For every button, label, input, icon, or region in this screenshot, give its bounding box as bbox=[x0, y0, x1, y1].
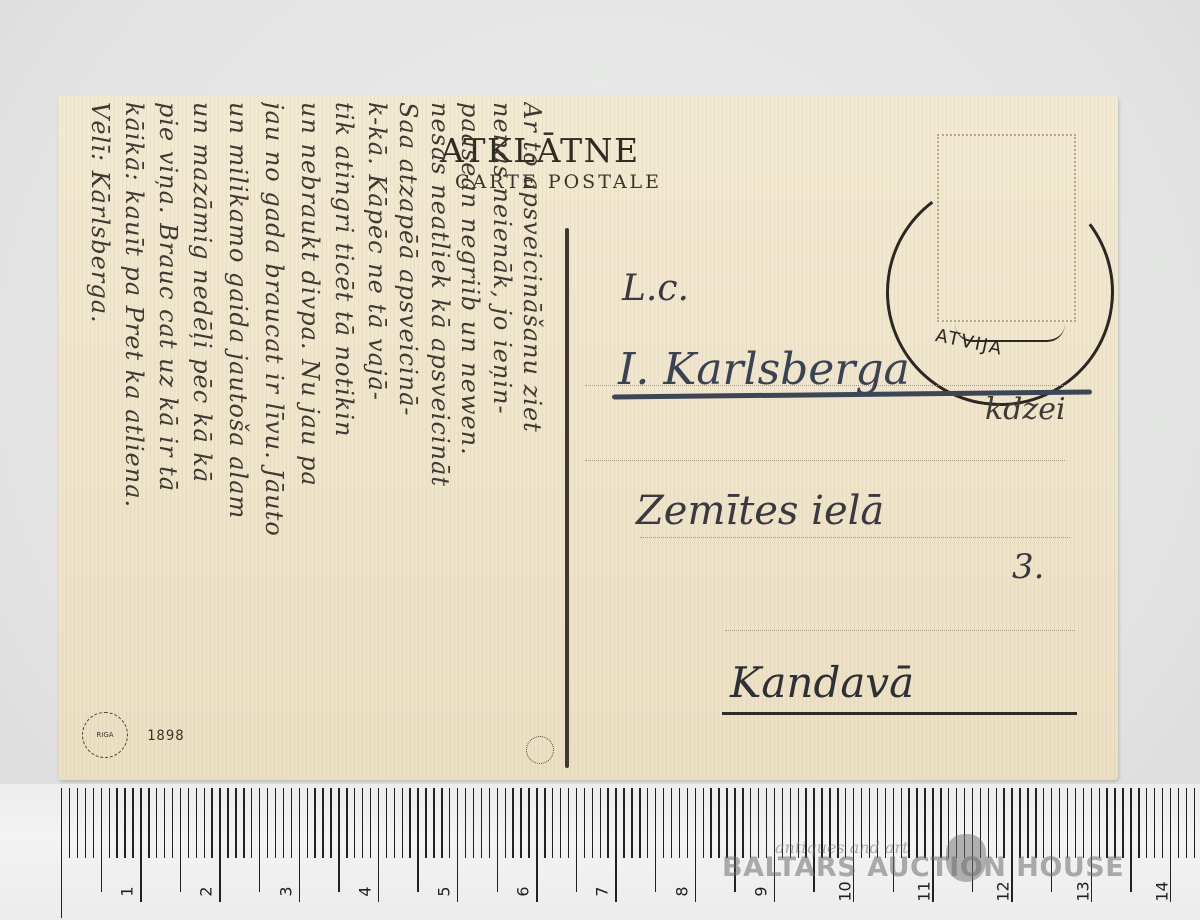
ruler-tick bbox=[1186, 788, 1187, 858]
ruler-tick bbox=[1043, 788, 1044, 858]
ruler-label: 8 bbox=[672, 886, 691, 896]
message-line: kāikā: kauīt pa Pret ka atliena. bbox=[120, 102, 148, 508]
ruler-tick bbox=[251, 788, 252, 858]
ruler-tick bbox=[1154, 788, 1155, 858]
ruler-tick bbox=[148, 788, 149, 858]
message-line: Ar to apsveicināšanu ziet bbox=[518, 102, 546, 433]
ruler-tick bbox=[93, 788, 94, 858]
ruler-tick bbox=[299, 788, 300, 902]
ruler-tick bbox=[710, 788, 711, 858]
ruler-tick bbox=[85, 788, 86, 858]
ruler-tick bbox=[1114, 788, 1115, 858]
message-line: k-kā. Kāpēc ne tā vajā- bbox=[363, 102, 391, 401]
message-line: un milikamo gaida jautoša alam bbox=[224, 102, 252, 519]
message-line: nenas neienāk, jo ieņin- bbox=[488, 102, 516, 415]
ruler-tick bbox=[1138, 788, 1139, 858]
ruler-tick bbox=[354, 788, 355, 858]
ruler-tick bbox=[916, 788, 917, 858]
ruler-tick bbox=[520, 788, 521, 858]
message-address-divider bbox=[565, 228, 569, 768]
ruler-tick bbox=[188, 788, 189, 858]
ruler-label: 6 bbox=[514, 886, 533, 896]
ruler-tick bbox=[679, 788, 680, 858]
ruler-tick bbox=[243, 788, 244, 858]
ruler-tick bbox=[600, 788, 601, 858]
ruler-tick bbox=[655, 788, 656, 892]
ruler-label: 11 bbox=[915, 881, 934, 901]
ruler-tick bbox=[663, 788, 664, 858]
ruler-tick bbox=[433, 788, 434, 858]
ruler-tick bbox=[211, 788, 212, 858]
ruler-tick bbox=[703, 788, 704, 858]
message-line: un mazāmig nedēļi pēc kā kā bbox=[188, 102, 216, 483]
ruler-tick bbox=[457, 788, 458, 902]
ruler-tick bbox=[1059, 788, 1060, 858]
ruler-tick bbox=[1106, 788, 1107, 858]
ruler-tick bbox=[267, 788, 268, 858]
ruler-tick bbox=[449, 788, 450, 858]
address-guide-line bbox=[585, 460, 1065, 461]
ruler-tick bbox=[631, 788, 632, 858]
ruler-tick bbox=[378, 788, 379, 902]
ruler-tick bbox=[671, 788, 672, 858]
ruler-tick bbox=[552, 788, 553, 858]
ruler-tick bbox=[560, 788, 561, 858]
ruler-tick bbox=[742, 788, 743, 858]
printer-mark: RIGA bbox=[82, 712, 128, 758]
address-line-1: L.c. bbox=[622, 268, 689, 309]
ruler-tick bbox=[615, 788, 616, 902]
ruler-tick bbox=[259, 788, 260, 892]
ruler-tick bbox=[988, 788, 989, 858]
ruler-tick bbox=[1075, 788, 1076, 858]
address-town: Kandavā bbox=[730, 658, 914, 707]
ruler-tick bbox=[77, 788, 78, 858]
ruler-tick bbox=[924, 788, 925, 858]
ruler-tick bbox=[1099, 788, 1100, 858]
ruler-tick bbox=[592, 788, 593, 858]
ruler-label: 4 bbox=[355, 886, 374, 896]
message-line: nesas neatliek kā apsveicināt bbox=[426, 102, 454, 487]
handwritten-message: Ar to apsveicināšanu ziet nenas neienāk,… bbox=[66, 102, 556, 762]
ruler-tick bbox=[116, 788, 117, 858]
ruler-label: 5 bbox=[435, 886, 454, 896]
ruler-tick bbox=[528, 788, 529, 858]
message-line: tik atingri ticēt tā notikin bbox=[330, 102, 358, 437]
address-recipient: I. Karlsberga bbox=[618, 344, 910, 395]
address-line-3: kdzei bbox=[985, 392, 1066, 427]
ruler-tick bbox=[307, 788, 308, 858]
ruler-tick bbox=[172, 788, 173, 858]
ruler-tick bbox=[1083, 788, 1084, 858]
ruler-label: 7 bbox=[593, 886, 612, 896]
ruler-tick bbox=[1019, 788, 1020, 858]
ruler-tick bbox=[156, 788, 157, 858]
ruler-tick bbox=[544, 788, 545, 858]
ruler-tick bbox=[417, 788, 418, 892]
ruler-label: 14 bbox=[1152, 881, 1171, 901]
ruler-tick bbox=[227, 788, 228, 858]
ruler-tick bbox=[425, 788, 426, 858]
publisher-logo-icon bbox=[526, 736, 554, 764]
ruler-tick bbox=[346, 788, 347, 858]
ruler-tick bbox=[196, 788, 197, 858]
ruler-tick bbox=[1027, 788, 1028, 858]
ruler-tick bbox=[1146, 788, 1147, 858]
message-line: un nebraukt divpa. Nu jau pa bbox=[296, 102, 324, 487]
ruler-tick bbox=[1162, 788, 1163, 858]
ruler-tick bbox=[576, 788, 577, 892]
ruler-tick bbox=[140, 788, 141, 902]
ruler-label: 3 bbox=[276, 886, 295, 896]
ruler-tick bbox=[1130, 788, 1131, 892]
ruler-label: 1 bbox=[118, 886, 137, 896]
town-underline bbox=[722, 712, 1077, 715]
address-house-number: 3. bbox=[1012, 547, 1044, 587]
ruler-tick bbox=[505, 788, 506, 858]
ruler-tick bbox=[322, 788, 323, 858]
ruler-tick bbox=[1003, 788, 1004, 858]
ruler-tick bbox=[61, 788, 62, 918]
ruler-tick bbox=[996, 788, 997, 858]
ruler-tick bbox=[386, 788, 387, 858]
ruler-tick bbox=[338, 788, 339, 892]
message-line: Saa atzapēā apsveicinā- bbox=[394, 102, 422, 417]
ruler-tick bbox=[314, 788, 315, 858]
ruler-tick bbox=[394, 788, 395, 858]
watermark-title: BALTARS AUCTION HOUSE bbox=[722, 852, 1124, 883]
ruler-tick bbox=[766, 788, 767, 858]
ruler-tick bbox=[283, 788, 284, 858]
ruler-tick bbox=[536, 788, 537, 902]
ruler-tick bbox=[623, 788, 624, 858]
ruler-tick bbox=[275, 788, 276, 858]
ruler-tick bbox=[164, 788, 165, 858]
ruler-tick bbox=[726, 788, 727, 858]
message-line: Vēlī: Kārlsberga. bbox=[86, 102, 114, 324]
address-guide-line bbox=[725, 630, 1075, 631]
ruler-tick bbox=[465, 788, 466, 858]
ruler-tick bbox=[1067, 788, 1068, 858]
ruler-tick bbox=[1194, 788, 1195, 858]
ruler-tick bbox=[101, 788, 102, 892]
ruler-tick bbox=[750, 788, 751, 858]
ruler-tick bbox=[607, 788, 608, 858]
ruler-tick bbox=[109, 788, 110, 858]
ruler-tick bbox=[1122, 788, 1123, 858]
ruler-tick bbox=[124, 788, 125, 858]
address-guide-line bbox=[640, 537, 1070, 538]
ruler-tick bbox=[1035, 788, 1036, 858]
ruler-tick bbox=[695, 788, 696, 902]
ruler-tick bbox=[568, 788, 569, 858]
ruler-label: 2 bbox=[197, 886, 216, 896]
ruler-tick bbox=[687, 788, 688, 858]
ruler-tick bbox=[647, 788, 648, 858]
ruler-tick bbox=[940, 788, 941, 858]
ruler-tick bbox=[758, 788, 759, 858]
ruler-tick bbox=[362, 788, 363, 858]
ruler-tick bbox=[639, 788, 640, 858]
message-line: paasean negriib un newen. bbox=[456, 102, 484, 456]
ruler-tick bbox=[132, 788, 133, 858]
ruler-tick bbox=[180, 788, 181, 892]
ruler-tick bbox=[497, 788, 498, 892]
ruler-label: 12 bbox=[994, 881, 1013, 901]
ruler-label: 10 bbox=[836, 881, 855, 901]
ruler-tick bbox=[69, 788, 70, 858]
ruler-tick bbox=[402, 788, 403, 858]
ruler-tick bbox=[1178, 788, 1179, 858]
ruler-label: 13 bbox=[1073, 881, 1092, 901]
ruler-label: 9 bbox=[751, 886, 770, 896]
printer-number: 1898 bbox=[147, 728, 185, 744]
message-line: jau no gada braucat ir līvu. Jāuto bbox=[260, 102, 288, 537]
ruler-tick bbox=[718, 788, 719, 858]
ruler-tick bbox=[512, 788, 513, 858]
ruler-tick bbox=[473, 788, 474, 858]
ruler-tick bbox=[481, 788, 482, 858]
message-line: pie viņa. Brauc cat uz kā ir tā bbox=[154, 102, 182, 492]
ruler-tick bbox=[370, 788, 371, 858]
ruler-tick bbox=[584, 788, 585, 858]
ruler-tick bbox=[489, 788, 490, 858]
ruler-tick bbox=[219, 788, 220, 902]
ruler-tick bbox=[235, 788, 236, 858]
ruler-tick bbox=[441, 788, 442, 858]
address-street: Zemītes ielā bbox=[636, 488, 884, 534]
ruler-tick bbox=[291, 788, 292, 858]
ruler-tick bbox=[204, 788, 205, 858]
ruler-tick bbox=[330, 788, 331, 858]
ruler-tick bbox=[409, 788, 410, 858]
